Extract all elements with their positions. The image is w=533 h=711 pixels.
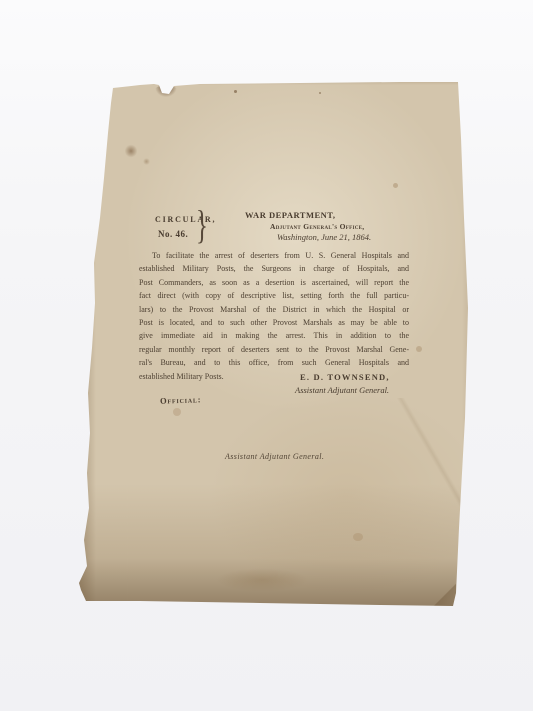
header-brace: }: [196, 206, 208, 244]
foxing-spot: [353, 533, 363, 541]
stain-speck: [234, 90, 237, 93]
photo-backdrop: CIRCULAR, No. 46. } WAR DEPARTMENT, Adju…: [0, 0, 533, 711]
body-line: established Military Posts, the Surgeons…: [139, 262, 409, 275]
bottom-blotch: [216, 568, 308, 592]
dateline: Washington, June 21, 1864.: [277, 232, 371, 242]
body-line: Post is located, and to such other Provo…: [139, 316, 409, 329]
circular-number: No. 46.: [158, 229, 188, 239]
body-line: regular monthly report of deserters sent…: [139, 343, 409, 356]
body-line: Post Commanders, as soon as a desertion …: [139, 276, 409, 289]
signature-name: E. D. TOWNSEND,: [300, 372, 390, 382]
body-line: To facilitate the arrest of deserters fr…: [139, 249, 409, 262]
countersign-title: Assistant Adjutant General.: [225, 452, 324, 461]
office-line: Adjutant General's Office,: [270, 222, 364, 231]
signature-title: Assistant Adjutant General.: [295, 385, 389, 395]
stain-speck: [319, 92, 321, 94]
stain-spot: [125, 144, 137, 158]
body-paragraph: To facilitate the arrest of deserters fr…: [139, 249, 409, 383]
paper-crease: [373, 398, 503, 528]
body-line: lars) to the Provost Marshal of the Dist…: [139, 303, 409, 316]
department-line: WAR DEPARTMENT,: [245, 210, 335, 220]
body-line: give immediate aid in making the arrest.…: [139, 329, 409, 342]
foxing-spot: [173, 408, 181, 416]
document-paper: CIRCULAR, No. 46. } WAR DEPARTMENT, Adju…: [78, 78, 472, 612]
body-line: fact direct (with copy of descriptive li…: [139, 289, 409, 302]
foxing-spot: [416, 346, 422, 352]
stain-spot: [143, 158, 150, 165]
foxing-spot: [393, 183, 398, 188]
official-label: Official:: [160, 394, 202, 405]
paper-notch-stain: [154, 85, 178, 98]
body-line: ral's Bureau, and to this office, from s…: [139, 356, 409, 369]
corner-fold: [430, 582, 456, 606]
